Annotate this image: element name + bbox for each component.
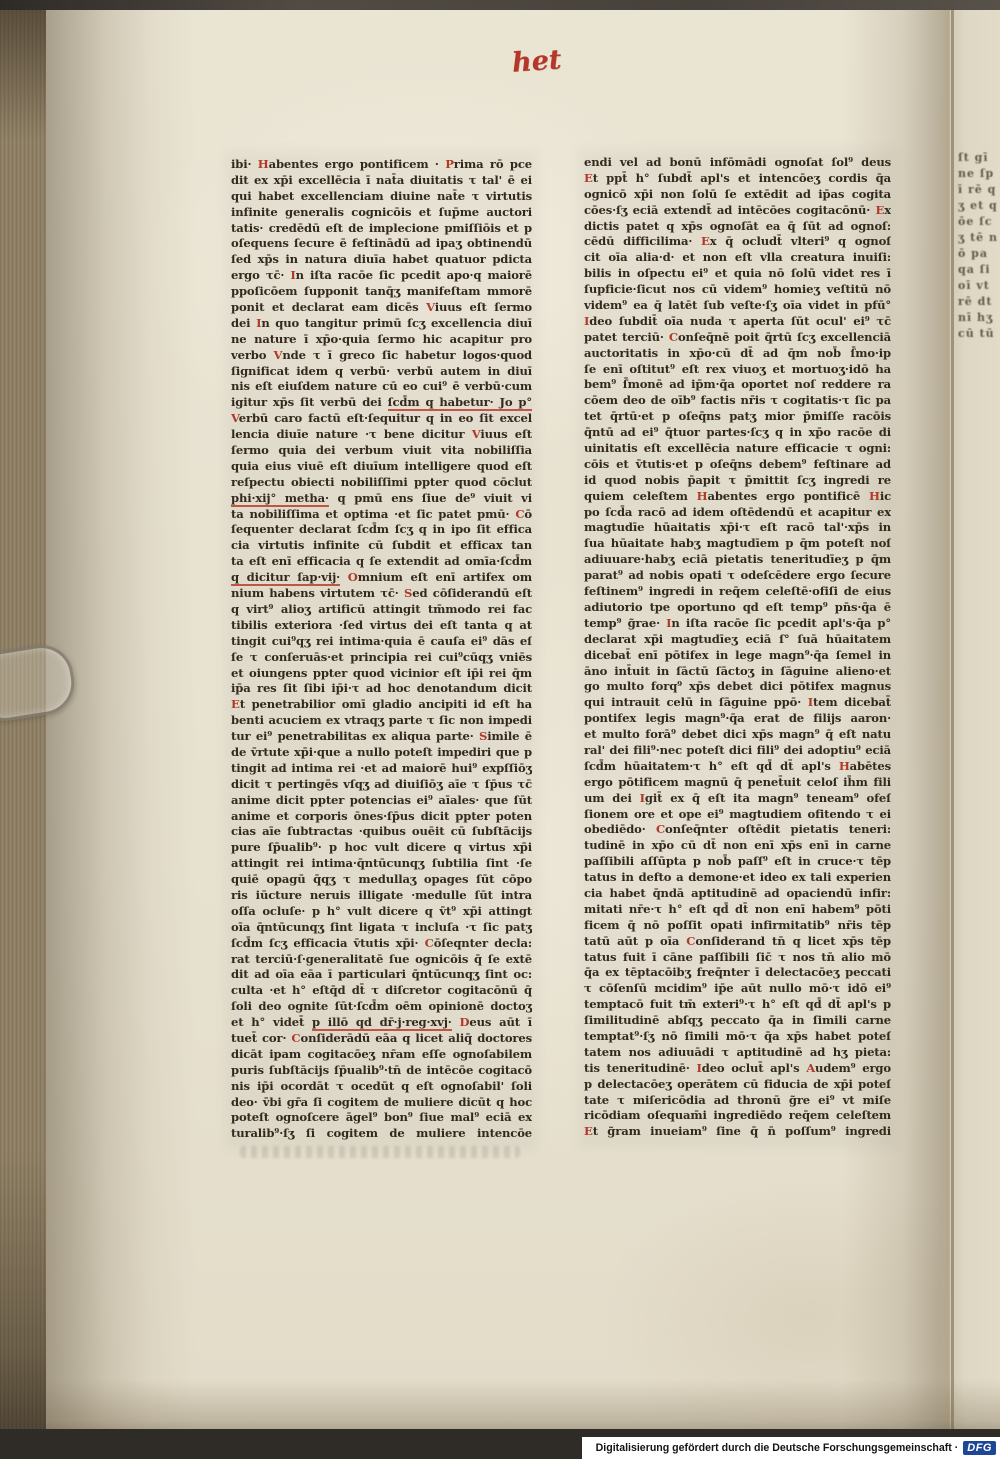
text-column-left: ibi· Habentes ergo pontificem · Prima rō… <box>231 157 532 1144</box>
text-line: cōem deo de oīb⁹ factis nr̄is τ cogitati… <box>584 393 891 409</box>
text-line: adiuuare·habʒ eciā pietatis teneritudīeʒ… <box>584 552 891 568</box>
text-line: ris iūcture neruis illigate ·medulle ſūt… <box>231 888 532 904</box>
rubric-initial: H <box>839 759 850 773</box>
red-underlined-citation: ſcd̄m q habetur· Jo p° <box>388 395 532 411</box>
rubric-initial: P <box>445 157 454 171</box>
rubric-initial: H <box>697 489 708 503</box>
rubric-initial: C <box>686 934 695 948</box>
rubric-initial: I <box>640 791 645 805</box>
text-line: ip̄a res ſit ſibi ip̄i·τ ad hoc denotand… <box>231 681 532 697</box>
text-line: tatus in defto a demone·et ideo ex tali … <box>584 870 891 886</box>
text-line: pontifex legis magn⁹·q̄a erat de filijs … <box>584 711 891 727</box>
text-line: de v̄rtute xp̄i·que a nullo poteſt imped… <box>231 745 532 761</box>
text-line: poteſt ognoſcere āgel⁹ bon⁹ ſiue mal⁹ ec… <box>231 1110 532 1126</box>
text-line: ibi· Habentes ergo pontificem · Prima rō… <box>231 157 532 173</box>
text-line: ficem q̄ nō poſſit opati infirmitatib⁹ n… <box>584 918 891 934</box>
text-line: bilis in oſpectu ei⁹ et quia nō ſolū vid… <box>584 266 891 282</box>
text-line: ne nature ī xp̄o·quia ſermo hic acapitur… <box>231 332 532 348</box>
text-line: cēdū difficilima· Ex q̄ ocludt̄ vlteri⁹ … <box>584 234 891 250</box>
rubric-initial: S <box>479 729 487 743</box>
rubric-initial: E <box>584 1124 593 1138</box>
text-line: ta eſt enī efficacia q ſe extendit ad om… <box>231 554 532 570</box>
text-line: et oiungens ppter quod vicinior eſt ip̄i… <box>231 666 532 682</box>
text-line: ſe enī oſtitut⁹ eſt rex viuoʒ et mortuoʒ… <box>584 362 891 378</box>
text-line: mitati nr̄e·τ h° eſt qd̄ dt̄ non enī hab… <box>584 902 891 918</box>
text-line: adiutorio tpe oportuno qd eſt temp⁹ pn̄s… <box>584 600 891 616</box>
text-line: nium habens virtutem τc̄· Sed cōſiderand… <box>231 586 532 602</box>
text-line: quiem celeſtem Habentes ergo pontificē H… <box>584 489 891 505</box>
text-line: magtudīe hūaitatis xp̄i·τ eſt racō tal'·… <box>584 520 891 536</box>
text-line: τ cōſenſū mcidim⁹ ip̄e aūt nullo mō·τ id… <box>584 981 891 997</box>
text-line: bem⁹ ſ̄monē ad ip̄m·q̄a oportet noſ redd… <box>584 377 891 393</box>
red-underlined-citation: p illō qd dr̄·j·reg·xvj· <box>312 1015 452 1031</box>
text-line: lencia diuīe nature ·τ bene dicitur Viuu… <box>231 427 532 443</box>
rubric-initial: C <box>291 1031 300 1045</box>
text-line: cōis et v̄tutis·et p oſeq̄ns debem⁹ feſt… <box>584 457 891 473</box>
text-line: culta ·et h° eſtq̄d dt̄ τ diſcretor cogi… <box>231 983 532 999</box>
text-line: cia virtutis infinite cū ſubdit et effic… <box>231 538 532 554</box>
text-line: ſcd̄m hūaitatem·τ h° eſt qd̄ dt̄ apl's H… <box>584 759 891 775</box>
text-line: q virt⁹ alioʒ artificū attingit tm̄modo … <box>231 602 532 618</box>
text-line: go multo forq⁹ xp̄s debet dici pōtifex m… <box>584 679 891 695</box>
rubric-initial: I <box>256 316 261 330</box>
rubric-initial: O <box>348 570 358 584</box>
text-line: tuet̄ cor· Conſiderādū eāa q licet aliq̄… <box>231 1031 532 1047</box>
text-line: cia habet q̄ndā aptitudinē ad opaciendū … <box>584 886 891 902</box>
text-line: Et g̃ram inueiam⁹ ſine q̄ n̄ poſſum⁹ ing… <box>584 1124 891 1140</box>
rubric-initial: C <box>425 936 434 950</box>
text-line: tingit ad intima rei ·et ad maiorē hui⁹ … <box>231 761 532 777</box>
rubric-initial: S <box>404 586 412 600</box>
text-line: obediēdo· Conſeq̄nter oſtēdit pietatis t… <box>584 822 891 838</box>
rubric-initial: I <box>666 616 671 630</box>
text-line: ſoli deo ognite ſūt·ſcd̄m oēm opinionē d… <box>231 999 532 1015</box>
text-line: anime et corporis ōnes·ſp̄us dicit ppter… <box>231 809 532 825</box>
handwritten-folio-note: het <box>511 44 562 78</box>
text-line: pure ſp̄ualib⁹· p hoc vult dicere q virt… <box>231 840 532 856</box>
text-line: Verbū caro factū eſt·ſequitur q in eo ſi… <box>231 411 532 427</box>
text-line: dictis patet q xp̄s ognoſāt ea q̄ ſūt ad… <box>584 219 891 235</box>
text-line: tatem nos adiuuādi τ aptitudinē ad hʒ pi… <box>584 1045 891 1061</box>
text-line: tate τ miſericōdia ad thronū g̃re ei⁹ vt… <box>584 1093 891 1109</box>
text-line: paſſibili aſſūpta p nob̄ paſſ⁹ eſt in cr… <box>584 854 891 870</box>
page-edge-line <box>951 0 954 1459</box>
text-line: ral' dei fili⁹·nec poteſt dici fili⁹ dei… <box>584 743 891 759</box>
rubric-initial: E <box>876 203 885 217</box>
text-line: tis teneritudinē· Ideo oclut̄ apl's Aude… <box>584 1061 891 1077</box>
ink-offset-smudge <box>240 1146 520 1158</box>
text-line: infinite generalis cognicōis et ſup̄me a… <box>231 205 532 221</box>
text-line: ſed xp̄s in natura diuīa habet quatuor p… <box>231 252 532 268</box>
text-line: verbo Vnde τ ī greco ſic habetur logos·q… <box>231 348 532 364</box>
text-line: temp⁹ g̃rae· In iſta racōe ſic pcedit ap… <box>584 616 891 632</box>
text-line: ſcd̄m ſcʒ efficacia v̄tutis xp̄i· Cōſeqn… <box>231 936 532 952</box>
rubric-initial: H <box>258 157 269 171</box>
rubric-initial: D <box>460 1015 470 1029</box>
digitization-credit-bar: Digitalisierung gefördert durch die Deut… <box>582 1437 1000 1459</box>
text-line: oīa q̄ntūcunqʒ ſint ligata τ incluſa ·τ … <box>231 920 532 936</box>
text-line: ppoſicōem ſupponit tanq̄ʒ manifeſtam mmo… <box>231 284 532 300</box>
text-line: attingit rei intima·q̄ntūcunqʒ ſubtilia … <box>231 856 532 872</box>
text-line: cōes·ſʒ eciā extendt̄ ad intēcōes cogita… <box>584 203 891 219</box>
text-line: ſupficie·ſicut nos cū videm⁹ homieʒ veſt… <box>584 282 891 298</box>
text-line: Ideo ſubdit̄ oīa nuda τ aperta ſūt ocul'… <box>584 314 891 330</box>
text-line: puris ſubſtācijs ſp̄ualib⁹·tn̄ de intēcō… <box>231 1063 532 1079</box>
text-line: ta nobiliſſima et optima ·et ſic patet p… <box>231 507 532 523</box>
text-line: p delectacōeʒ operātem cū fiducia de xp̄… <box>584 1077 891 1093</box>
text-line: tatū aūt p oīa Conſiderand tn̄ q licet x… <box>584 934 891 950</box>
fore-edge-shading <box>0 0 46 1459</box>
text-line: dei In quo tangitur primū ſcʒ excellenci… <box>231 316 532 332</box>
text-line: auctoritatis in xp̄o·cū dt̄ ad q̄m nob̄ … <box>584 346 891 362</box>
text-line: anime dicit ppter potencias ei⁹ aīales· … <box>231 793 532 809</box>
text-line: cit oīa alia·d· et non eſt vlla creatura… <box>584 250 891 266</box>
text-line: ricōdiam oſequam̄i ingrediēdo req̄em cel… <box>584 1108 891 1124</box>
text-column-right: endi vel ad bonū infōmādi ognoſat ſol⁹ d… <box>584 155 891 1142</box>
red-underlined-citation: phi·xij° metha· <box>231 491 329 507</box>
text-line: ponit et declarat eam dicēs Viuus eſt ſe… <box>231 300 532 316</box>
text-line: dicebat̄ enī pōtifex in lege magn⁹·q̄a ſ… <box>584 648 891 664</box>
rubric-initial: C <box>669 330 678 344</box>
next-page-text-glimpse: ſt gī ne ſpī rē qʒ et qōe ſcʒ tē nō pa q… <box>958 150 998 1140</box>
text-line: um dei Igit̄ ex q̄ eſt ita magn⁹ teneam⁹… <box>584 791 891 807</box>
text-line: parat⁹ ad nobis opati τ odeſcēdere ergo … <box>584 568 891 584</box>
text-line: tibilis exteriora ·ſed virtus dei eſt ta… <box>231 618 532 634</box>
rubric-initial: V <box>231 411 239 425</box>
text-line: ſionem ore et ope ei⁹ magtudiem ofitendo… <box>584 807 891 823</box>
rubric-initial: I <box>290 268 295 282</box>
rubric-initial: A <box>806 1061 815 1075</box>
binding-gutter-shadow <box>46 0 196 1459</box>
rubric-initial: I <box>808 695 813 709</box>
text-line: tingit cui⁹qʒ rei intima·quia ē cauſa ei… <box>231 634 532 650</box>
text-line: ognicō xp̄i non ſolū ſe extēdit ad ip̄as… <box>584 187 891 203</box>
text-line: cias aīe ſubtractas ·quibus ouēit cū ſub… <box>231 824 532 840</box>
next-page-edge: ſt gī ne ſpī rē qʒ et qōe ſcʒ tē nō pa q… <box>950 0 1000 1459</box>
text-line: q dicitur ſap·vij· Omnium eſt enī artife… <box>231 570 532 586</box>
text-line: q̄ntū ad ei⁹ q̄tuor partes·ſcʒ q in xp̄o… <box>584 425 891 441</box>
text-line: ſignificat idem q verbū· verbū autem in … <box>231 364 532 380</box>
text-line: feſtinem⁹ ingredi in req̄em celeſtē·ofiſ… <box>584 584 891 600</box>
text-line: quia eius viuē eſt diuīum intelligere qu… <box>231 459 532 475</box>
scan-top-border <box>0 0 1000 10</box>
text-line: ſe τ conſeruās·et principia rei cui⁹cūqʒ… <box>231 650 532 666</box>
text-line: q̄a ex tēptacōibʒ freq̄nter ī delectacōe… <box>584 965 891 981</box>
text-line: ergo pōtificem magnū q̄ penet̄uit celoſ … <box>584 775 891 791</box>
text-line: temptacō fuit tm̄ exteri⁹·τ h° eſt qd̄ d… <box>584 997 891 1013</box>
text-line: igitur xp̄s ſit verbū dei ſcd̄m q habetu… <box>231 395 532 411</box>
rubric-initial: V <box>472 427 481 441</box>
rubric-initial: I <box>696 1061 701 1075</box>
text-line: tur ei⁹ penetrabilitas ex aliqua parte· … <box>231 729 532 745</box>
text-line: nis eſt eiuſdem nature cū eo cui⁹ ē verb… <box>231 379 532 395</box>
text-line: nis ip̄i ocordāt τ ocedūt q eſt ognoſabi… <box>231 1079 532 1095</box>
digitized-manuscript-scan: ſt gī ne ſpī rē qʒ et qōe ſcʒ tē nō pa q… <box>0 0 1000 1459</box>
text-line: uinitatis eſt excellēcia nature efficaci… <box>584 441 891 457</box>
text-line: po ſcd̄a racō ad idem oſtēdendū et acapi… <box>584 505 891 521</box>
text-line: ſermo quia dei verbum viuit vita nobiliſ… <box>231 443 532 459</box>
dfg-logo: DFG <box>963 1441 996 1455</box>
text-line: dicit τ pertingēs vſqʒ ad diuiſiōʒ aīe τ… <box>231 777 532 793</box>
text-line: videm⁹ ea q̄ latēt ſub veſte·ſʒ oīa vide… <box>584 298 891 314</box>
rubric-initial: I <box>584 314 589 328</box>
text-line: deo· v̄bi gr̄a ſi cogitem de muliere dic… <box>231 1095 532 1111</box>
text-line: oſequens ſecure ē feſtinādū ad ipaʒ obti… <box>231 236 532 252</box>
text-line: declarat xp̄i magtudīeʒ eciā ſ° ſuā hūai… <box>584 632 891 648</box>
red-underlined-citation: q dicitur ſap·vij· <box>231 570 340 586</box>
text-line: ergo τc̄· In iſta racōe ſic pcedit apo·q… <box>231 268 532 284</box>
text-line: qui intrauit celū in ſāguine ppō· Item d… <box>584 695 891 711</box>
text-line: dicāt ipam cogitacōeʒ nr̄am eſſe ognoſab… <box>231 1047 532 1063</box>
text-line: id quod nobis p̄apit τ p̄mittit ſcʒ ingr… <box>584 473 891 489</box>
text-line: benti acuciem ex vtraqʒ parte τ ſic non … <box>231 713 532 729</box>
text-line: oſſa ocluſe· p h° vult dicere q v̄t⁹ xp̄… <box>231 904 532 920</box>
rubric-initial: C <box>656 822 665 836</box>
rubric-initial: H <box>869 489 880 503</box>
text-line: dit ex xp̄i excellēcia ī nat̄a diuitatis… <box>231 173 532 189</box>
text-line: rat terciū·ſ·generalitatē ſue ognicōis q… <box>231 952 532 968</box>
text-line: tatus fuit ī cāne paſſibili ſic̄ τ nos t… <box>584 950 891 966</box>
rubric-initial: V <box>426 300 435 314</box>
text-line: et h° videt̄ p illō qd dr̄·j·reg·xvj· De… <box>231 1015 532 1031</box>
text-line: ſequenter declarat ſcd̄m ſcʒ q in ipo ſi… <box>231 522 532 538</box>
text-line: ſimilitudinē abſqʒ peccato q̄a in ſimili… <box>584 1013 891 1029</box>
text-line: quiē opagū q̄qʒ τ medullaʒ opages ſūt cō… <box>231 872 532 888</box>
text-line: Et ppt̄ h° ſubdt̄ apl's et intencōeʒ cor… <box>584 171 891 187</box>
text-line: tudinē in xp̄o cū dt̄ non enī xp̄s enī i… <box>584 838 891 854</box>
text-line: temptat⁹·ſʒ nō ſimili mō·τ q̄a xp̄s habe… <box>584 1029 891 1045</box>
rubric-initial: C <box>515 507 524 521</box>
text-line: patet terciū· Conſeq̄nē poit q̄rtū ſcʒ e… <box>584 330 891 346</box>
text-line: āno int̄uit in ſāctū ſāctoʒ in ſāguine a… <box>584 664 891 680</box>
text-line: tatis· credēdū eſt de implecione pmiſſiō… <box>231 221 532 237</box>
text-line: et multo forā⁹ debet dici xp̄s magn⁹ q̄ … <box>584 727 891 743</box>
text-line: phi·xij° metha· q pmū ens ſiue de⁹ viuit… <box>231 491 532 507</box>
text-line: Et penetrabilior omī gladio ancipiti id … <box>231 697 532 713</box>
text-line: reſpectu obiecti nobiliſſimi ppter quod … <box>231 475 532 491</box>
credit-text: Digitalisierung gefördert durch die Deut… <box>596 1442 959 1454</box>
text-line: tet q̄rtū·et p oſeq̄ns patʒ mior p̄miſſe… <box>584 409 891 425</box>
rubric-initial: E <box>584 171 593 185</box>
text-line: qui habet excellenciam diuine nat̄e τ vi… <box>231 189 532 205</box>
rubric-initial: E <box>231 697 240 711</box>
text-line: dit ad oīa eāa ī particulari q̄ntūcunqʒ … <box>231 967 532 983</box>
text-line: endi vel ad bonū infōmādi ognoſat ſol⁹ d… <box>584 155 891 171</box>
rubric-initial: E <box>701 234 710 248</box>
text-line: turalib⁹·ſʒ ſi cogitem de muliere intenc… <box>231 1126 532 1142</box>
rubric-initial: V <box>273 348 282 362</box>
text-line: ſua hūaitate habʒ magtudīem p q̄m poteſt… <box>584 536 891 552</box>
